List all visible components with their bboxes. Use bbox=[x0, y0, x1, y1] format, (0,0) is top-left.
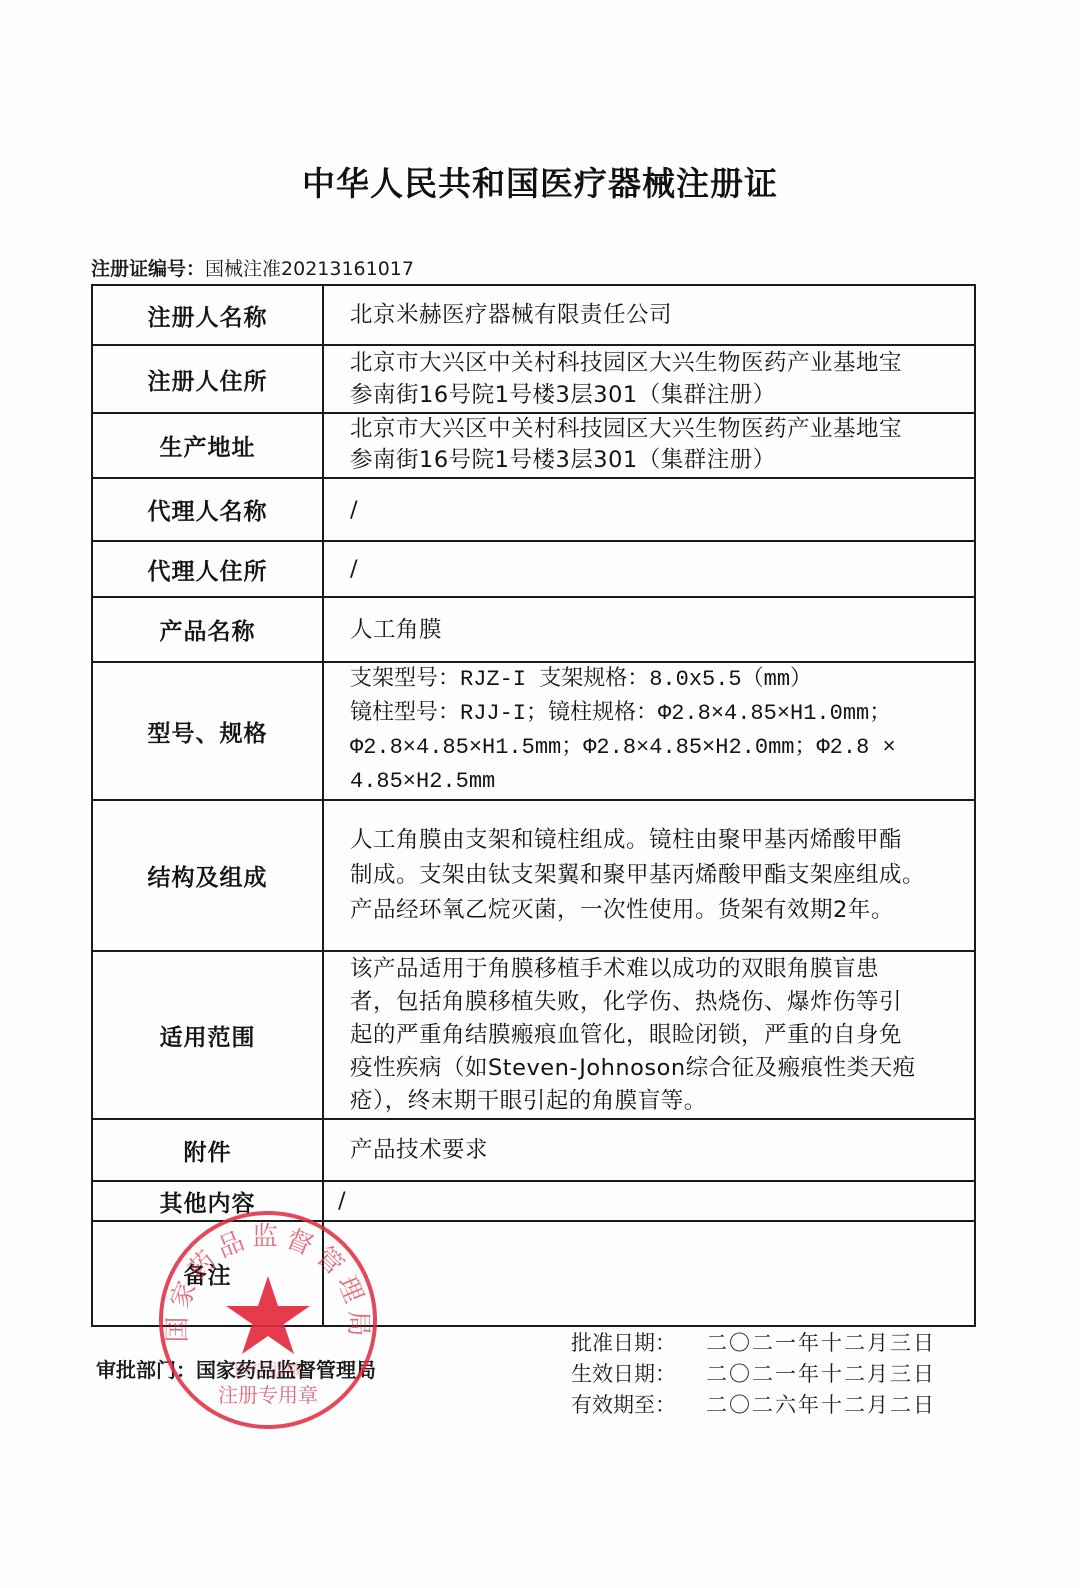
effective-date: 生效日期： 二〇二一年十二月三日 bbox=[571, 1357, 936, 1388]
value-attachment: 产品技术要求 bbox=[323, 1119, 975, 1181]
value-structure: 人工角膜由支架和镜柱组成。镜柱由聚甲基丙烯酸甲酯 制成。支架由钛支架翼和聚甲基丙… bbox=[323, 800, 975, 951]
document-title: 中华人民共和国医疗器械注册证 bbox=[0, 158, 1080, 205]
value-line: 北京市大兴区中关村科技园区大兴生物医药产业基地宝 bbox=[350, 347, 972, 379]
registration-number: 注册证编号：国械注准20213161017 bbox=[91, 254, 414, 281]
label-production-address: 生产地址 bbox=[92, 413, 323, 478]
label-remarks: 备注 bbox=[92, 1221, 323, 1326]
value-line: 镜柱型号：RJJ-I；镜柱规格：Φ2.8×4.85×H1.0mm； bbox=[350, 697, 972, 731]
date-label: 批准日期： bbox=[571, 1327, 706, 1357]
row-registrant-name: 注册人名称 北京米赫医疗器械有限责任公司 bbox=[92, 285, 975, 345]
label-agent-name: 代理人名称 bbox=[92, 478, 323, 541]
date-value: 二〇二六年十二月二日 bbox=[706, 1389, 936, 1419]
registration-number-label: 注册证编号： bbox=[91, 258, 205, 280]
value-line: 产品经环氧乙烷灭菌，一次性使用。货架有效期2年。 bbox=[350, 893, 972, 928]
label-product-name: 产品名称 bbox=[92, 597, 323, 662]
value-line: 该产品适用于角膜移植手术难以成功的双眼角膜盲患 bbox=[350, 953, 972, 986]
approval-date: 批准日期： 二〇二一年十二月三日 bbox=[571, 1326, 936, 1357]
label-agent-address: 代理人住所 bbox=[92, 541, 323, 597]
row-agent-address: 代理人住所 / bbox=[92, 541, 975, 597]
value-line: 起的严重角结膜瘢痕血管化，眼睑闭锁，严重的自身免 bbox=[350, 1019, 972, 1052]
value-other-content: / bbox=[323, 1181, 975, 1221]
certificate-table: 注册人名称 北京米赫医疗器械有限责任公司 注册人住所 北京市大兴区中关村科技园区… bbox=[91, 284, 976, 1327]
value-agent-name: / bbox=[323, 478, 975, 541]
seal-bottom-text: 注册专用章 bbox=[218, 1383, 318, 1407]
approval-department: 审批部门：国家药品监督管理局 bbox=[96, 1354, 376, 1383]
value-line: / bbox=[350, 493, 972, 527]
value-line: 疫性疾病（如Steven-Johnoson综合征及瘢痕性类天疱 bbox=[350, 1052, 972, 1085]
value-line: / bbox=[338, 1184, 972, 1218]
label-attachment: 附件 bbox=[92, 1119, 323, 1181]
label-other-content: 其他内容 bbox=[92, 1181, 323, 1221]
value-remarks bbox=[323, 1221, 975, 1326]
value-line: 支架型号：RJZ-I 支架规格：8.0x5.5（mm） bbox=[350, 663, 972, 697]
value-registrant-name: 北京米赫医疗器械有限责任公司 bbox=[323, 285, 975, 345]
date-block: 批准日期： 二〇二一年十二月三日 生效日期： 二〇二一年十二月三日 有效期至： … bbox=[571, 1326, 936, 1419]
value-line: Φ2.8×4.85×H1.5mm；Φ2.8×4.85×H2.0mm；Φ2.8 × bbox=[350, 731, 972, 765]
value-line: / bbox=[350, 552, 972, 586]
value-product-name: 人工角膜 bbox=[323, 597, 975, 662]
label-model-spec: 型号、规格 bbox=[92, 662, 323, 800]
value-model-spec: 支架型号：RJZ-I 支架规格：8.0x5.5（mm） 镜柱型号：RJJ-I；镜… bbox=[323, 662, 975, 800]
value-line: 人工角膜 bbox=[350, 613, 972, 647]
date-value: 二〇二一年十二月三日 bbox=[706, 1327, 936, 1357]
value-line: 者，包括角膜移植失败，化学伤、热烧伤、爆炸伤等引 bbox=[350, 986, 972, 1019]
registration-number-value: 国械注准20213161017 bbox=[205, 258, 414, 280]
value-production-address: 北京市大兴区中关村科技园区大兴生物医药产业基地宝 参南街16号院1号楼3层301… bbox=[323, 413, 975, 478]
value-line: 疮），终末期干眼引起的角膜盲等。 bbox=[350, 1085, 972, 1118]
value-scope: 该产品适用于角膜移植手术难以成功的双眼角膜盲患 者，包括角膜移植失败，化学伤、热… bbox=[323, 951, 975, 1119]
row-other-content: 其他内容 / bbox=[92, 1181, 975, 1221]
date-value: 二〇二一年十二月三日 bbox=[706, 1358, 936, 1388]
row-agent-name: 代理人名称 / bbox=[92, 478, 975, 541]
approval-department-value: 国家药品监督管理局 bbox=[196, 1358, 376, 1382]
value-line: 人工角膜由支架和镜柱组成。镜柱由聚甲基丙烯酸甲酯 bbox=[350, 823, 972, 858]
value-line: 制成。支架由钛支架翼和聚甲基丙烯酸甲酯支架座组成。 bbox=[350, 858, 972, 893]
value-registrant-address: 北京市大兴区中关村科技园区大兴生物医药产业基地宝 参南街16号院1号楼3层301… bbox=[323, 345, 975, 413]
date-label: 生效日期： bbox=[571, 1358, 706, 1388]
row-product-name: 产品名称 人工角膜 bbox=[92, 597, 975, 662]
expiry-date: 有效期至： 二〇二六年十二月二日 bbox=[571, 1388, 936, 1419]
row-remarks: 备注 bbox=[92, 1221, 975, 1326]
value-line: 参南街16号院1号楼3层301（集群注册） bbox=[350, 445, 972, 476]
value-line: 产品技术要求 bbox=[350, 1133, 972, 1167]
row-attachment: 附件 产品技术要求 bbox=[92, 1119, 975, 1181]
row-production-address: 生产地址 北京市大兴区中关村科技园区大兴生物医药产业基地宝 参南街16号院1号楼… bbox=[92, 413, 975, 478]
value-agent-address: / bbox=[323, 541, 975, 597]
approval-department-label: 审批部门： bbox=[96, 1358, 196, 1382]
row-structure: 结构及组成 人工角膜由支架和镜柱组成。镜柱由聚甲基丙烯酸甲酯 制成。支架由钛支架… bbox=[92, 800, 975, 951]
row-scope: 适用范围 该产品适用于角膜移植手术难以成功的双眼角膜盲患 者，包括角膜移植失败，… bbox=[92, 951, 975, 1119]
value-line: 4.85×H2.5mm bbox=[350, 765, 972, 799]
value-line: 北京市大兴区中关村科技园区大兴生物医药产业基地宝 bbox=[350, 414, 972, 445]
row-registrant-address: 注册人住所 北京市大兴区中关村科技园区大兴生物医药产业基地宝 参南街16号院1号… bbox=[92, 345, 975, 413]
date-label: 有效期至： bbox=[571, 1389, 706, 1419]
value-line: 北京米赫医疗器械有限责任公司 bbox=[350, 298, 972, 332]
label-structure: 结构及组成 bbox=[92, 800, 323, 951]
value-line: 参南街16号院1号楼3层301（集群注册） bbox=[350, 379, 972, 411]
label-registrant-name: 注册人名称 bbox=[92, 285, 323, 345]
label-registrant-address: 注册人住所 bbox=[92, 345, 323, 413]
label-scope: 适用范围 bbox=[92, 951, 323, 1119]
row-model-spec: 型号、规格 支架型号：RJZ-I 支架规格：8.0x5.5（mm） 镜柱型号：R… bbox=[92, 662, 975, 800]
